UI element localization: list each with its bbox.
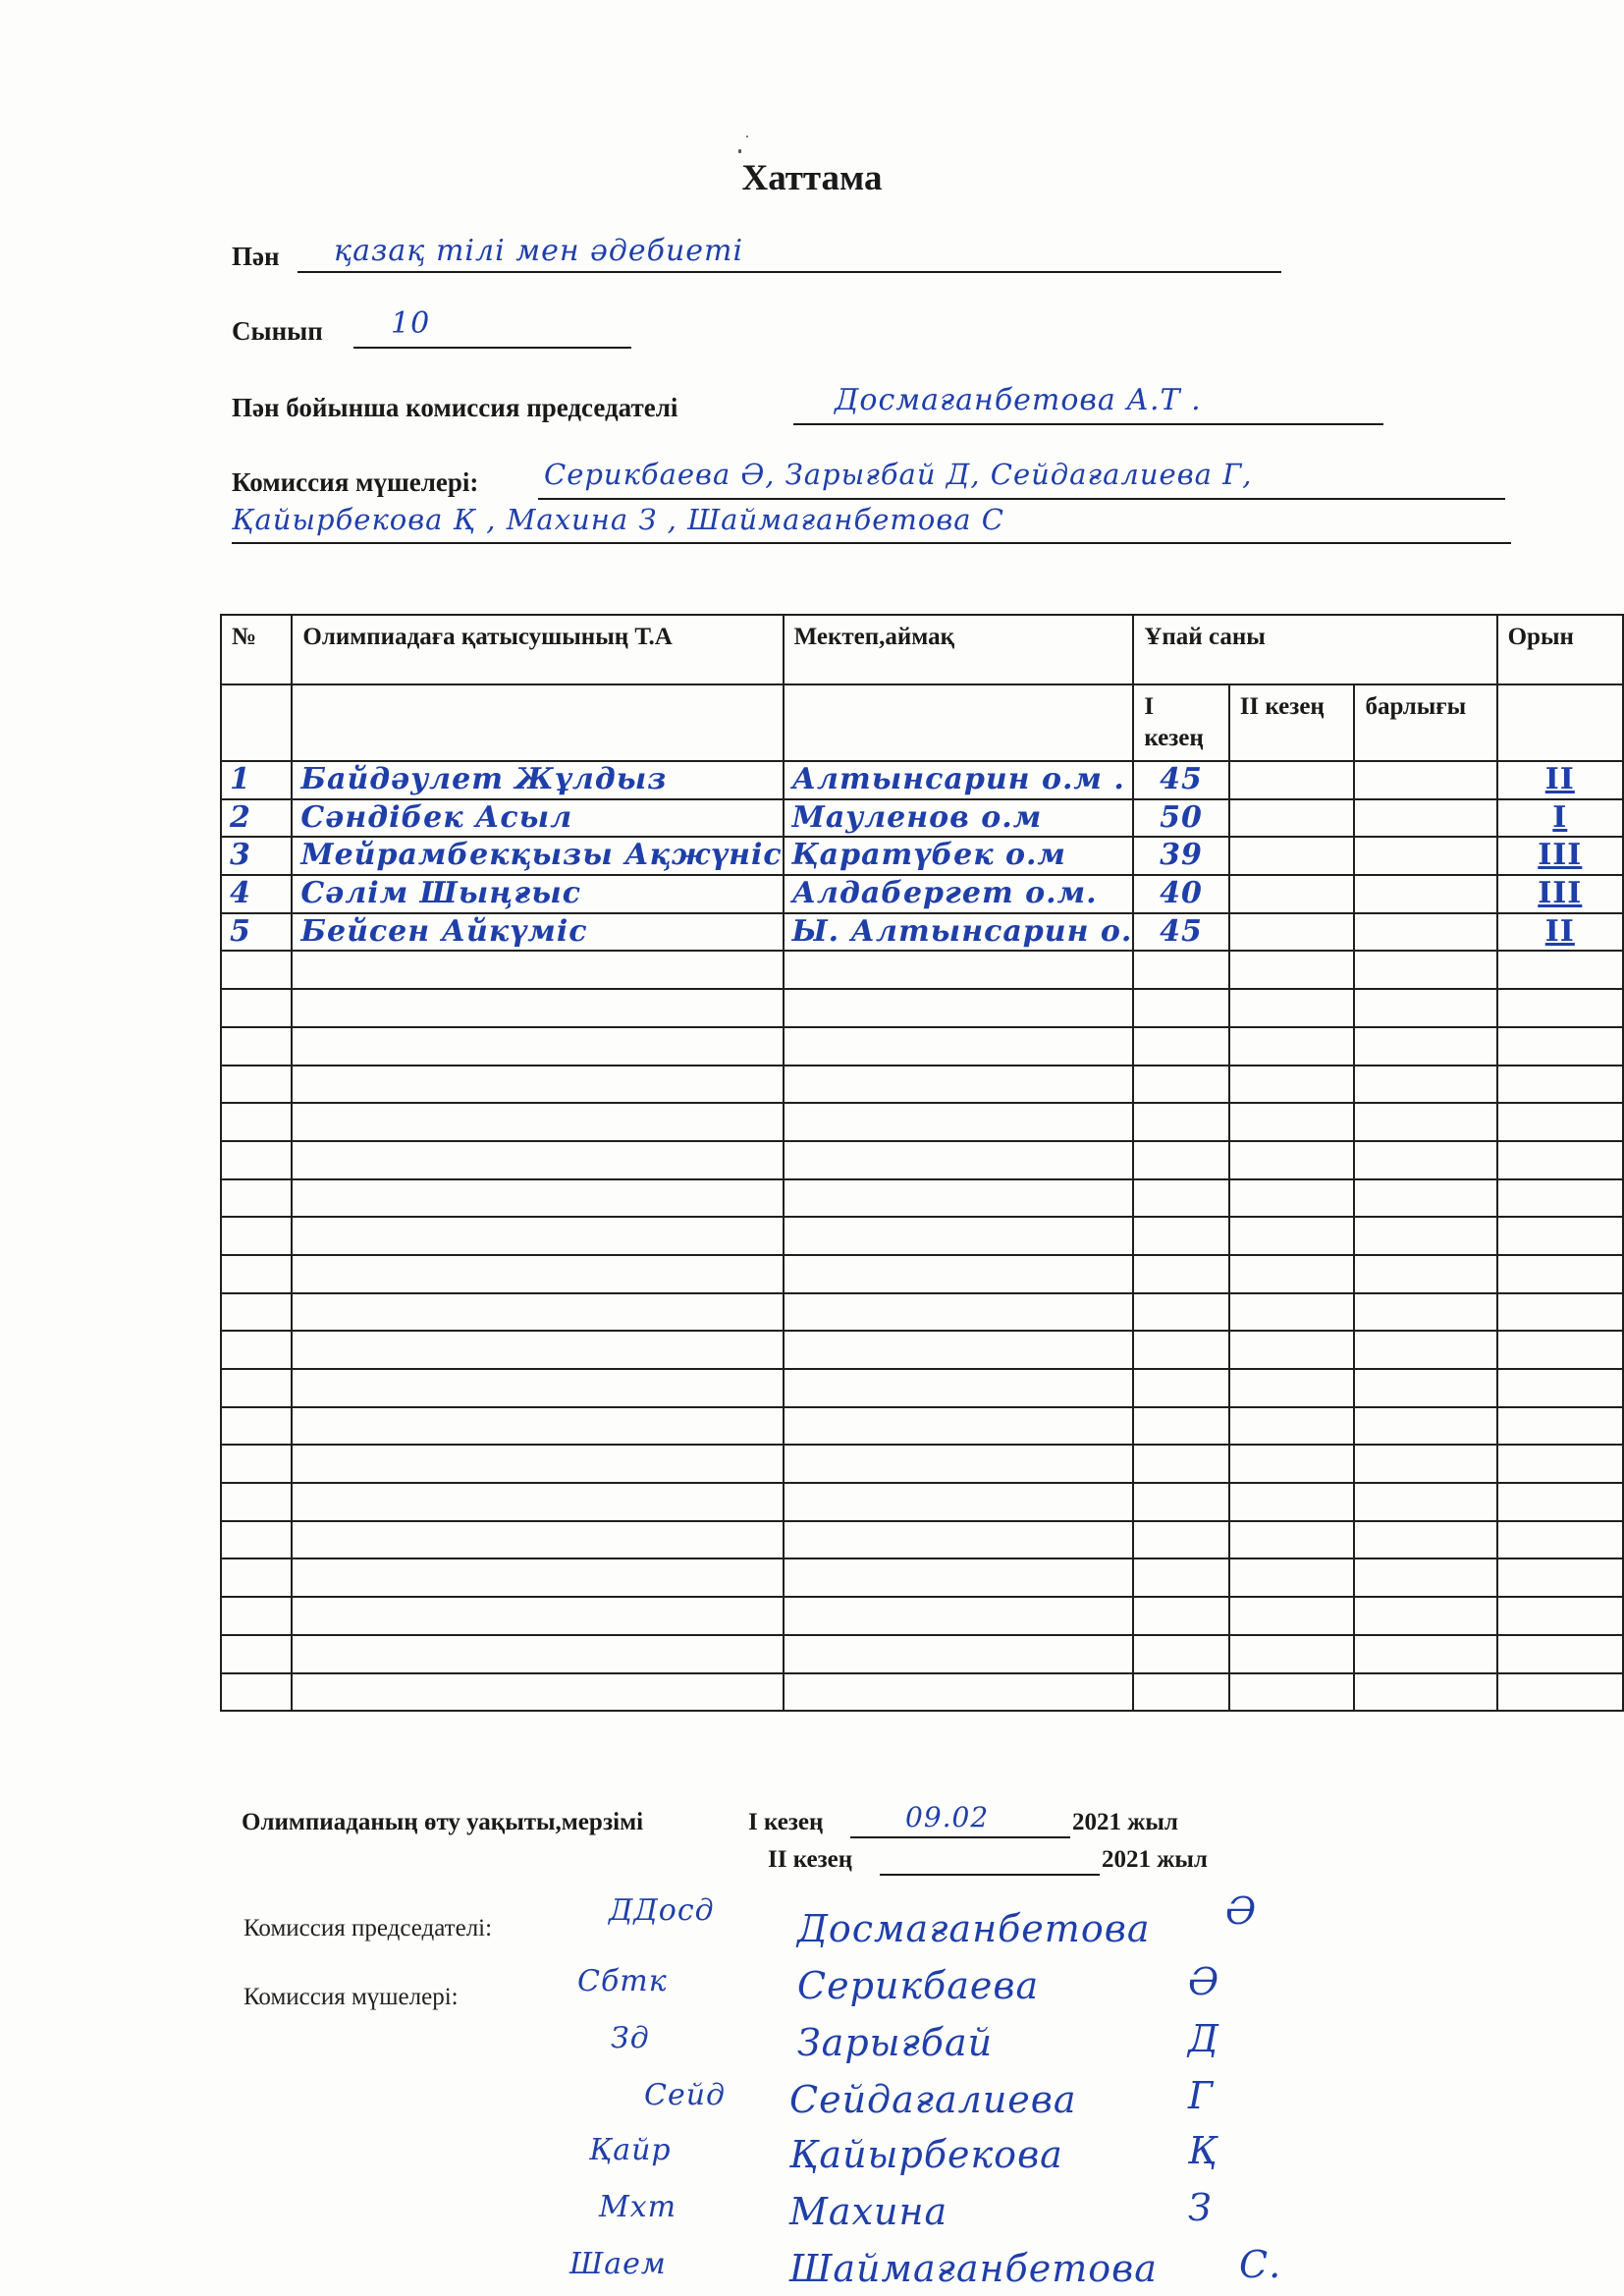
table-row — [221, 1103, 1623, 1141]
cell-num[interactable] — [221, 1179, 292, 1218]
stage2-year: 2021 жыл — [1102, 1846, 1208, 1874]
cell-school[interactable] — [784, 1141, 1134, 1179]
cell-total[interactable] — [1354, 761, 1496, 799]
header-place: Орын — [1497, 615, 1623, 684]
cell-stage2[interactable] — [1229, 1331, 1355, 1369]
cell-place[interactable] — [1497, 1483, 1623, 1521]
cell-school[interactable] — [784, 1521, 1134, 1559]
cell-school[interactable] — [784, 989, 1134, 1027]
cell-place[interactable]: III — [1497, 837, 1623, 875]
cell-place[interactable] — [1497, 1558, 1623, 1597]
cell-stage2[interactable] — [1229, 1255, 1355, 1293]
cell-school[interactable] — [784, 1445, 1134, 1483]
cell-stage1-value: 45 — [1134, 914, 1227, 950]
header-name: Олимпиадаға қатысушының Т.А — [292, 615, 783, 684]
members-underline-2 — [232, 542, 1511, 544]
cell-name[interactable] — [292, 1255, 783, 1293]
table-row — [221, 1558, 1623, 1597]
cell-total[interactable] — [1354, 1179, 1496, 1218]
cell-place[interactable] — [1497, 1066, 1623, 1104]
cell-stage2[interactable] — [1229, 1369, 1355, 1407]
stage2-label: II кезең — [768, 1846, 852, 1874]
signature-name: Шаймағанбетова — [789, 2247, 1158, 2290]
cell-stage1[interactable] — [1133, 951, 1228, 989]
cell-stage1[interactable] — [1133, 1293, 1228, 1332]
table-row — [221, 1445, 1623, 1483]
cell-place-value: I — [1498, 800, 1622, 836]
members-label: Комиссия мүшелері: — [232, 467, 478, 498]
signature-scribble: Шаем — [569, 2247, 667, 2281]
cell-school-value: Қаратүбек о.м — [785, 838, 1133, 873]
cell-stage1[interactable] — [1133, 1027, 1228, 1066]
cell-name[interactable]: Бейсен Айкүміс — [292, 913, 783, 952]
table-row: 3Мейрамбекқызы АқжүнісҚаратүбек о.м39III — [221, 837, 1623, 875]
cell-school[interactable] — [784, 1369, 1134, 1407]
cell-stage2[interactable] — [1229, 1673, 1355, 1712]
cell-name[interactable] — [292, 1635, 783, 1673]
signature-initial: Ә — [1225, 1889, 1257, 1933]
cell-place[interactable]: I — [1497, 799, 1623, 838]
cell-stage1[interactable] — [1133, 1103, 1228, 1141]
cell-school[interactable] — [784, 1483, 1134, 1521]
cell-name[interactable]: Мейрамбекқызы Ақжүніс — [292, 837, 783, 875]
cell-num[interactable] — [221, 989, 292, 1027]
cell-school[interactable] — [784, 1293, 1134, 1332]
cell-num[interactable] — [221, 1103, 292, 1141]
cell-place[interactable] — [1497, 1597, 1623, 1635]
cell-name[interactable] — [292, 1673, 783, 1712]
table-row — [221, 1635, 1623, 1673]
cell-place-value: II — [1498, 914, 1622, 950]
cell-total[interactable] — [1354, 913, 1496, 952]
cell-place[interactable] — [1497, 1635, 1623, 1673]
header-name-sub — [292, 684, 783, 761]
table-row — [221, 1521, 1623, 1559]
cell-stage1-value: 39 — [1134, 838, 1227, 873]
header-num: № — [221, 615, 292, 684]
signature-initial: Г — [1188, 2074, 1214, 2117]
cell-place[interactable] — [1497, 1445, 1623, 1483]
cell-total[interactable] — [1354, 875, 1496, 913]
cell-stage1[interactable] — [1133, 1331, 1228, 1369]
cell-name-value: Байдәулет Жұлдыз — [293, 762, 782, 797]
cell-stage1[interactable] — [1133, 1369, 1228, 1407]
cell-school[interactable]: Алдабергет о.м. — [784, 875, 1134, 913]
header-place-sub — [1497, 684, 1623, 761]
cell-stage2[interactable] — [1229, 989, 1355, 1027]
table-row — [221, 1293, 1623, 1332]
table-row — [221, 1673, 1623, 1712]
cell-place[interactable]: II — [1497, 761, 1623, 799]
cell-name[interactable] — [292, 1597, 783, 1635]
cell-place[interactable] — [1497, 1521, 1623, 1559]
cell-num[interactable] — [221, 1558, 292, 1597]
cell-place-value: III — [1498, 876, 1622, 911]
cell-school[interactable] — [784, 1331, 1134, 1369]
cell-stage2[interactable] — [1229, 1558, 1355, 1597]
cell-name[interactable] — [292, 1217, 783, 1255]
cell-school[interactable] — [784, 1558, 1134, 1597]
grade-value[interactable]: 10 — [391, 306, 430, 341]
cell-name-value: Сәндібек Асыл — [293, 800, 782, 836]
cell-num-value: 5 — [222, 914, 291, 950]
subject-underline — [298, 271, 1281, 273]
cell-total[interactable] — [1354, 1483, 1496, 1521]
cell-school[interactable] — [784, 951, 1134, 989]
members-underline-1 — [538, 498, 1505, 500]
cell-school[interactable] — [784, 1635, 1134, 1673]
cell-place[interactable] — [1497, 1293, 1623, 1332]
cell-school[interactable] — [784, 1027, 1134, 1066]
grade-underline — [353, 347, 631, 349]
cell-school-value: Алтынсарин о.м . — [785, 762, 1133, 797]
cell-place[interactable] — [1497, 1179, 1623, 1218]
header-stage1: I кезең — [1133, 684, 1228, 761]
cell-total[interactable] — [1354, 1027, 1496, 1066]
cell-stage2[interactable] — [1229, 1445, 1355, 1483]
cell-num-value: 4 — [222, 876, 291, 911]
cell-stage1[interactable]: 45 — [1133, 913, 1228, 952]
grade-label: Сынып — [232, 316, 323, 347]
cell-num[interactable] — [221, 951, 292, 989]
cell-name[interactable]: Сәндібек Асыл — [292, 799, 783, 838]
cell-stage1[interactable] — [1133, 1255, 1228, 1293]
cell-total[interactable] — [1354, 1331, 1496, 1369]
cell-total[interactable] — [1354, 1635, 1496, 1673]
cell-place[interactable] — [1497, 1027, 1623, 1066]
members-value-line1[interactable]: Серикбаева Ә, Зарығбай Д, Сейдағалиева Г… — [544, 458, 1253, 491]
cell-stage1[interactable]: 39 — [1133, 837, 1228, 875]
signature-initial: Д — [1188, 2017, 1219, 2060]
cell-name[interactable] — [292, 1179, 783, 1218]
cell-name[interactable] — [292, 951, 783, 989]
cell-stage1[interactable] — [1133, 1066, 1228, 1104]
cell-stage1[interactable] — [1133, 1597, 1228, 1635]
cell-place[interactable] — [1497, 1103, 1623, 1141]
cell-stage2[interactable] — [1229, 799, 1355, 838]
signature-name: Серикбаева — [797, 1964, 1039, 2007]
cell-num[interactable] — [221, 1407, 292, 1446]
cell-num[interactable]: 5 — [221, 913, 292, 952]
cell-school[interactable] — [784, 1407, 1134, 1446]
table-row — [221, 1027, 1623, 1066]
cell-name[interactable] — [292, 1445, 783, 1483]
cell-num[interactable]: 2 — [221, 799, 292, 838]
cell-num[interactable] — [221, 1521, 292, 1559]
cell-name[interactable] — [292, 1027, 783, 1066]
cell-total[interactable] — [1354, 799, 1496, 838]
cell-stage1[interactable] — [1133, 1673, 1228, 1712]
cell-stage2[interactable] — [1229, 1141, 1355, 1179]
table-row — [221, 1255, 1623, 1293]
cell-stage2[interactable] — [1229, 1103, 1355, 1141]
cell-name[interactable] — [292, 1558, 783, 1597]
cell-total[interactable] — [1354, 1597, 1496, 1635]
signature-members-label: Комиссия мүшелері: — [244, 1984, 459, 2011]
cell-num[interactable] — [221, 1635, 292, 1673]
cell-place[interactable] — [1497, 989, 1623, 1027]
signature-name: Досмағанбетова — [797, 1907, 1150, 1950]
cell-num[interactable]: 4 — [221, 875, 292, 913]
cell-name-value: Мейрамбекқызы Ақжүніс — [293, 838, 782, 873]
cell-stage2[interactable] — [1229, 1407, 1355, 1446]
header-total: барлығы — [1354, 684, 1496, 761]
cell-school-value: Мауленов о.м — [785, 800, 1133, 836]
cell-stage1[interactable] — [1133, 1521, 1228, 1559]
cell-num[interactable]: 1 — [221, 761, 292, 799]
chair-underline — [793, 423, 1383, 425]
cell-school[interactable] — [784, 1673, 1134, 1712]
cell-total[interactable] — [1354, 1445, 1496, 1483]
cell-num[interactable] — [221, 1293, 292, 1332]
cell-place-value: II — [1498, 762, 1622, 797]
cell-stage2[interactable] — [1229, 1521, 1355, 1559]
cell-school-value: Алдабергет о.м. — [785, 876, 1133, 911]
cell-name-value: Бейсен Айкүміс — [293, 914, 782, 950]
cell-total[interactable] — [1354, 1103, 1496, 1141]
cell-stage1[interactable] — [1133, 1483, 1228, 1521]
cell-total[interactable] — [1354, 1407, 1496, 1446]
cell-num[interactable] — [221, 1066, 292, 1104]
cell-name[interactable] — [292, 1293, 783, 1332]
cell-total[interactable] — [1354, 1255, 1496, 1293]
table-row — [221, 1331, 1623, 1369]
table-row — [221, 1597, 1623, 1635]
cell-school[interactable] — [784, 1597, 1134, 1635]
cell-school[interactable] — [784, 1103, 1134, 1141]
cell-num[interactable] — [221, 1483, 292, 1521]
signature-initial: Ә — [1188, 1960, 1219, 2003]
table-row — [221, 1179, 1623, 1218]
cell-num[interactable] — [221, 1597, 292, 1635]
table-row: 2Сәндібек АсылМауленов о.м50I — [221, 799, 1623, 838]
cell-stage1[interactable]: 50 — [1133, 799, 1228, 838]
cell-name[interactable]: Сәлім Шыңғыс — [292, 875, 783, 913]
cell-name[interactable]: Байдәулет Жұлдыз — [292, 761, 783, 799]
chair-value[interactable]: Досмағанбетова А.Т . — [835, 383, 1202, 417]
stage1-date-underline — [850, 1836, 1070, 1838]
cell-stage2[interactable] — [1229, 951, 1355, 989]
cell-total[interactable] — [1354, 1673, 1496, 1712]
cell-school[interactable] — [784, 1066, 1134, 1104]
cell-stage2[interactable] — [1229, 761, 1355, 799]
cell-name[interactable] — [292, 1521, 783, 1559]
table-row — [221, 1483, 1623, 1521]
cell-total[interactable] — [1354, 1217, 1496, 1255]
table-row — [221, 1141, 1623, 1179]
cell-stage1[interactable]: 45 — [1133, 761, 1228, 799]
signature-name: Сейдағалиева — [789, 2078, 1077, 2121]
cell-place[interactable] — [1497, 1369, 1623, 1407]
cell-name[interactable] — [292, 1331, 783, 1369]
cell-stage1[interactable] — [1133, 1558, 1228, 1597]
cell-name[interactable] — [292, 989, 783, 1027]
cell-school-value: Ы. Алтынсарин о. — [785, 914, 1133, 950]
signature-scribble: Сейд — [644, 2078, 726, 2112]
cell-num-value: 3 — [222, 838, 291, 873]
cell-stage2[interactable] — [1229, 1597, 1355, 1635]
cell-num[interactable]: 3 — [221, 837, 292, 875]
cell-stage1-value: 45 — [1134, 762, 1227, 797]
table-row — [221, 951, 1623, 989]
cell-total[interactable] — [1354, 1558, 1496, 1597]
cell-name-value: Сәлім Шыңғыс — [293, 876, 782, 911]
table-row — [221, 1066, 1623, 1104]
header-school: Мектеп,аймақ — [784, 615, 1134, 684]
signature-scribble: Қайр — [589, 2133, 672, 2167]
cell-total[interactable] — [1354, 1521, 1496, 1559]
cell-place[interactable] — [1497, 951, 1623, 989]
signature-name: Қайырбекова — [789, 2133, 1063, 2176]
cell-name[interactable] — [292, 1103, 783, 1141]
results-table: № Олимпиадаға қатысушының Т.А Мектеп,айм… — [220, 614, 1624, 1712]
cell-total[interactable] — [1354, 1141, 1496, 1179]
table-row — [221, 1217, 1623, 1255]
cell-stage1-value: 50 — [1134, 800, 1227, 836]
cell-stage1[interactable] — [1133, 1217, 1228, 1255]
header-stage2: II кезең — [1229, 684, 1355, 761]
cell-place[interactable]: II — [1497, 913, 1623, 952]
cell-school[interactable] — [784, 1255, 1134, 1293]
cell-total[interactable] — [1354, 837, 1496, 875]
chair-label: Пән бойынша комиссия председателі — [232, 393, 677, 423]
cell-school[interactable]: Қаратүбек о.м — [784, 837, 1134, 875]
cell-place[interactable] — [1497, 1217, 1623, 1255]
cell-name[interactable] — [292, 1483, 783, 1521]
cell-num-value: 1 — [222, 762, 291, 797]
cell-stage1[interactable]: 40 — [1133, 875, 1228, 913]
cell-stage2[interactable] — [1229, 1483, 1355, 1521]
cell-num[interactable] — [221, 1255, 292, 1293]
cell-place[interactable] — [1497, 1141, 1623, 1179]
cell-stage2[interactable] — [1229, 875, 1355, 913]
cell-school[interactable] — [784, 1179, 1134, 1218]
header-score: Ұпай саны — [1133, 615, 1496, 684]
table-row: 5Бейсен АйкүмісЫ. Алтынсарин о.45II — [221, 913, 1623, 952]
cell-stage1[interactable] — [1133, 1445, 1228, 1483]
table-row: 4Сәлім ШыңғысАлдабергет о.м.40III — [221, 875, 1623, 913]
stage2-date-underline — [880, 1874, 1100, 1876]
cell-num[interactable] — [221, 1673, 292, 1712]
signature-name: Махина — [789, 2190, 947, 2233]
cell-stage2[interactable] — [1229, 1293, 1355, 1332]
cell-stage2[interactable] — [1229, 1635, 1355, 1673]
signature-scribble: Сбтк — [577, 1964, 668, 1998]
cell-place[interactable] — [1497, 1673, 1623, 1712]
cell-stage2[interactable] — [1229, 1066, 1355, 1104]
cell-stage1[interactable] — [1133, 1179, 1228, 1218]
cell-stage1[interactable] — [1133, 1141, 1228, 1179]
table-row — [221, 1369, 1623, 1407]
cell-stage1[interactable] — [1133, 1407, 1228, 1446]
cell-school[interactable] — [784, 1217, 1134, 1255]
cell-num[interactable] — [221, 1331, 292, 1369]
cell-place-value: III — [1498, 838, 1622, 873]
signature-scribble: Зд — [611, 2021, 650, 2055]
cell-num[interactable] — [221, 1217, 292, 1255]
signature-chair-label: Комиссия председателі: — [244, 1915, 492, 1942]
signature-initial: Қ — [1188, 2129, 1218, 2172]
cell-total[interactable] — [1354, 989, 1496, 1027]
table-row: 1Байдәулет ЖұлдызАлтынсарин о.м .45II — [221, 761, 1623, 799]
cell-school[interactable]: Мауленов о.м — [784, 799, 1134, 838]
signature-initial: С. — [1239, 2243, 1281, 2286]
signature-name: Зарығбай — [797, 2021, 993, 2064]
cell-place[interactable] — [1497, 1331, 1623, 1369]
cell-num[interactable] — [221, 1369, 292, 1407]
cell-num[interactable] — [221, 1141, 292, 1179]
subject-value[interactable]: қазақ тілі мен әдебиеті — [334, 234, 743, 268]
members-value-line2[interactable]: Қайырбекова Қ , Махина З , Шаймағанбетов… — [232, 503, 1004, 536]
table-row — [221, 1407, 1623, 1446]
cell-stage2[interactable] — [1229, 1217, 1355, 1255]
cell-place[interactable] — [1497, 1255, 1623, 1293]
cell-name[interactable] — [292, 1369, 783, 1407]
cell-stage1-value: 40 — [1134, 876, 1227, 911]
cell-stage1[interactable] — [1133, 989, 1228, 1027]
cell-stage1[interactable] — [1133, 1635, 1228, 1673]
cell-num-value: 2 — [222, 800, 291, 836]
cell-num[interactable] — [221, 1445, 292, 1483]
subject-label: Пән — [232, 242, 280, 272]
stage1-date[interactable]: 09.02 — [905, 1801, 989, 1833]
cell-school[interactable]: Алтынсарин о.м . — [784, 761, 1134, 799]
cell-stage2[interactable] — [1229, 837, 1355, 875]
cell-name[interactable] — [292, 1066, 783, 1104]
cell-num[interactable] — [221, 1027, 292, 1066]
cell-total[interactable] — [1354, 1369, 1496, 1407]
cell-total[interactable] — [1354, 951, 1496, 989]
signature-initial: З — [1188, 2186, 1213, 2229]
document-title: Хаттама — [0, 157, 1624, 199]
cell-total[interactable] — [1354, 1293, 1496, 1332]
dates-label: Олимпиаданың өту уақыты,мерзімі — [242, 1809, 643, 1836]
scan-speck — [738, 149, 741, 153]
stage1-year: 2021 жыл — [1072, 1809, 1178, 1836]
cell-name[interactable] — [292, 1407, 783, 1446]
cell-school[interactable]: Ы. Алтынсарин о. — [784, 913, 1134, 952]
header-school-sub — [784, 684, 1134, 761]
cell-stage2[interactable] — [1229, 1027, 1355, 1066]
header-num-sub — [221, 684, 292, 761]
cell-total[interactable] — [1354, 1066, 1496, 1104]
cell-place[interactable]: III — [1497, 875, 1623, 913]
cell-stage2[interactable] — [1229, 1179, 1355, 1218]
cell-stage2[interactable] — [1229, 913, 1355, 952]
signature-scribble: Мхт — [599, 2190, 677, 2224]
scan-speck — [746, 136, 748, 137]
stage1-label: I кезең — [748, 1809, 823, 1836]
cell-name[interactable] — [292, 1141, 783, 1179]
table-row — [221, 989, 1623, 1027]
signature-scribble: ДДосд — [609, 1893, 715, 1928]
cell-place[interactable] — [1497, 1407, 1623, 1446]
